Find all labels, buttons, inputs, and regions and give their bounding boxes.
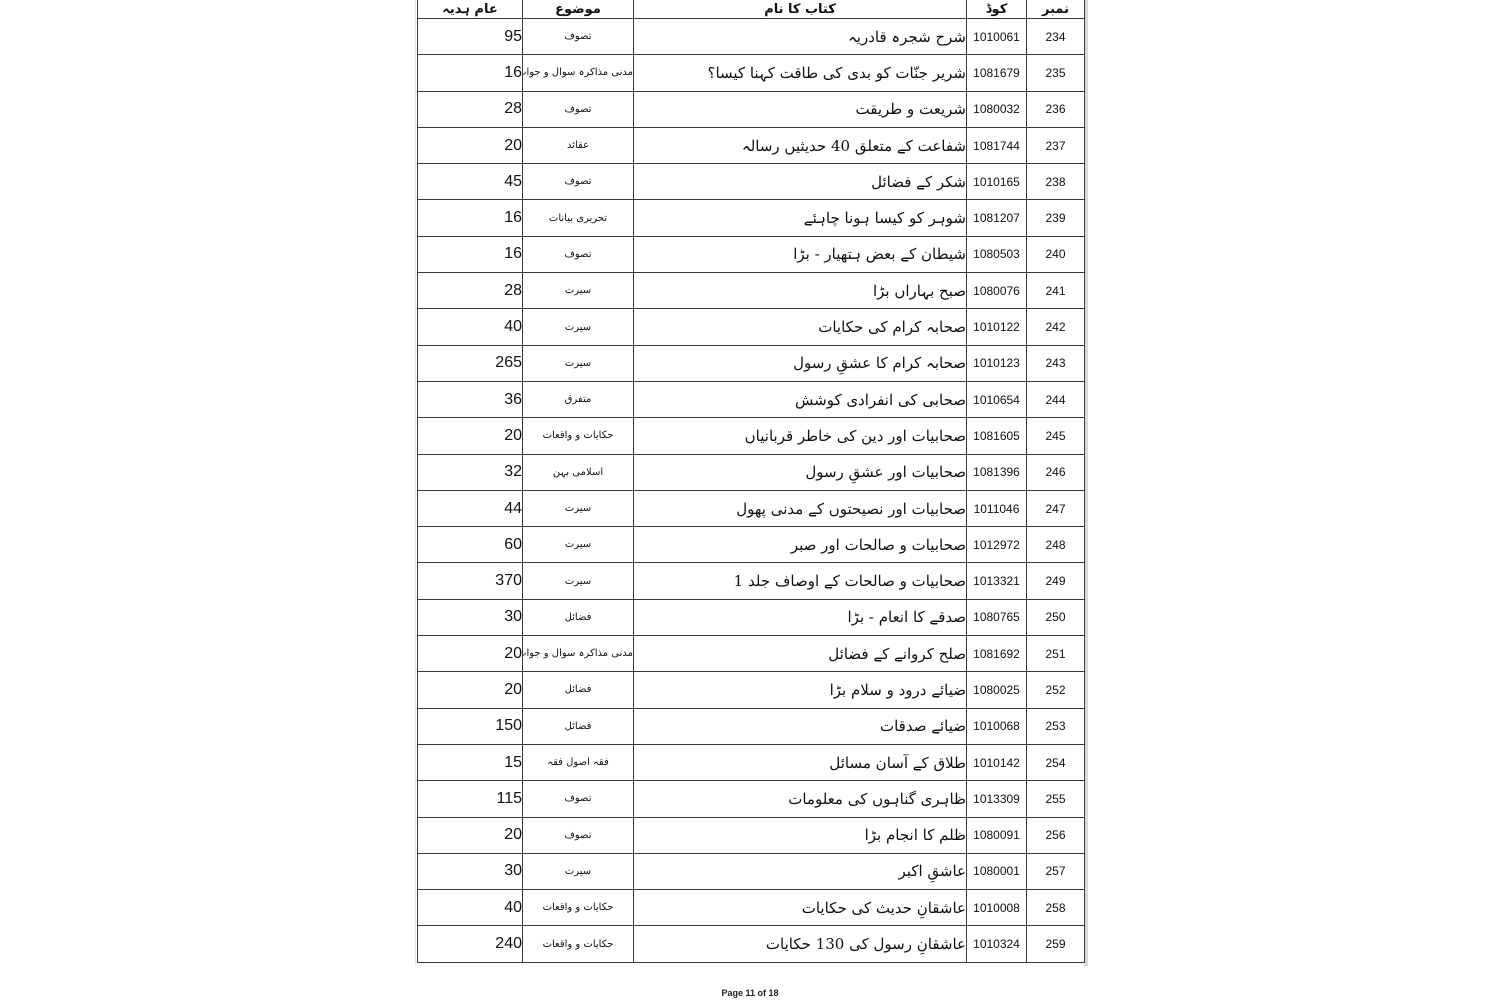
cell-title: ظلم کا انجام بڑا — [634, 817, 967, 853]
cell-number: 234 — [1027, 19, 1085, 55]
table-row: 20عقائدشفاعت کے متعلق 40 حدیثیں رسالہ108… — [418, 127, 1085, 163]
cell-title: صحابیات و صالحات کے اوصاف جلد 1 — [634, 563, 967, 599]
cell-title: صبح بہاراں بڑا — [634, 273, 967, 309]
cell-topic: تصوف — [523, 781, 634, 817]
cell-title: صلح کروانے کے فضائل — [634, 636, 967, 672]
cell-title: عاشقانِ رسول کی 130 حکایات — [634, 926, 967, 962]
cell-price: 20 — [418, 672, 523, 708]
cell-price: 16 — [418, 236, 523, 272]
table-row: 95تصوفشرح شجرہ قادریہ1010061234 — [418, 19, 1085, 55]
table-row: 28تصوفشریعت و طریقت1080032236 — [418, 91, 1085, 127]
cell-number: 241 — [1027, 273, 1085, 309]
cell-topic: سیرت — [523, 273, 634, 309]
cell-number: 240 — [1027, 236, 1085, 272]
cell-topic: تصوف — [523, 236, 634, 272]
cell-number: 239 — [1027, 200, 1085, 236]
table-row: 40حکایات و واقعاتعاشقانِ حدیث کی حکایات1… — [418, 890, 1085, 926]
cell-topic: سیرت — [523, 309, 634, 345]
table-row: 240حکایات و واقعاتعاشقانِ رسول کی 130 حک… — [418, 926, 1085, 962]
header-number: نمبر — [1027, 0, 1085, 19]
cell-code: 1010008 — [967, 890, 1027, 926]
cell-title: صحابیات اور دین کی خاطر قربانیاں — [634, 418, 967, 454]
cell-topic: فضائل — [523, 672, 634, 708]
cell-topic: حکایات و واقعات — [523, 418, 634, 454]
table-row: 36متفرقصحابی کی انفرادی کوشش1010654244 — [418, 381, 1085, 417]
cell-number: 249 — [1027, 563, 1085, 599]
table-body: 95تصوفشرح شجرہ قادریہ101006123416مدنی مذ… — [418, 19, 1085, 963]
cell-title: ضیائے صدقات — [634, 708, 967, 744]
cell-title: شریر جنّات کو بدی کی طاقت کہنا کیسا؟ — [634, 55, 967, 91]
table-row: 16تحریری بیاناتشوہر کو کیسا ہونا چاہئے10… — [418, 200, 1085, 236]
cell-price: 30 — [418, 853, 523, 889]
cell-number: 259 — [1027, 926, 1085, 962]
cell-topic: اسلامی بہن — [523, 454, 634, 490]
cell-price: 240 — [418, 926, 523, 962]
cell-number: 256 — [1027, 817, 1085, 853]
cell-code: 1081744 — [967, 127, 1027, 163]
cell-code: 1080001 — [967, 853, 1027, 889]
table-row: 40سیرتصحابہ کرام کی حکایات1010122242 — [418, 309, 1085, 345]
cell-number: 238 — [1027, 164, 1085, 200]
cell-number: 252 — [1027, 672, 1085, 708]
table-row: 150فضائلضیائے صدقات1010068253 — [418, 708, 1085, 744]
cell-code: 1080503 — [967, 236, 1027, 272]
header-topic: موضوع — [523, 0, 634, 19]
cell-number: 236 — [1027, 91, 1085, 127]
cell-number: 248 — [1027, 527, 1085, 563]
cell-code: 1081605 — [967, 418, 1027, 454]
header-price: عام ہدیہ — [418, 0, 523, 19]
header-title: کتاب کا نام — [634, 0, 967, 19]
cell-price: 265 — [418, 345, 523, 381]
cell-code: 1013309 — [967, 781, 1027, 817]
table-row: 28سیرتصبح بہاراں بڑا1080076241 — [418, 273, 1085, 309]
cell-number: 245 — [1027, 418, 1085, 454]
cell-number: 255 — [1027, 781, 1085, 817]
cell-price: 60 — [418, 527, 523, 563]
cell-code: 1011046 — [967, 490, 1027, 526]
cell-number: 242 — [1027, 309, 1085, 345]
cell-price: 44 — [418, 490, 523, 526]
cell-title: صدقے کا انعام - بڑا — [634, 599, 967, 635]
cell-number: 254 — [1027, 744, 1085, 780]
table-row: 30سیرتعاشقِ اکبر1080001257 — [418, 853, 1085, 889]
cell-title: شیطان کے بعض ہتھیار - بڑا — [634, 236, 967, 272]
cell-topic: سیرت — [523, 853, 634, 889]
cell-number: 251 — [1027, 636, 1085, 672]
cell-number: 258 — [1027, 890, 1085, 926]
cell-code: 1080091 — [967, 817, 1027, 853]
cell-topic: فقہ اصول فقہ — [523, 744, 634, 780]
cell-topic: حکایات و واقعات — [523, 926, 634, 962]
cell-code: 1081207 — [967, 200, 1027, 236]
cell-topic: مدنی مذاکرہ سوال و جواب — [523, 55, 634, 91]
cell-title: صحابہ کرام کی حکایات — [634, 309, 967, 345]
cell-title: صحابیات اور نصیحتوں کے مدنی پھول — [634, 490, 967, 526]
cell-number: 243 — [1027, 345, 1085, 381]
cell-title: عاشقِ اکبر — [634, 853, 967, 889]
table-row: 115تصوفظاہری گناہوں کی معلومات1013309255 — [418, 781, 1085, 817]
cell-title: شوہر کو کیسا ہونا چاہئے — [634, 200, 967, 236]
cell-title: صحابہ کرام کا عشقِ رسول — [634, 345, 967, 381]
cell-price: 150 — [418, 708, 523, 744]
cell-number: 235 — [1027, 55, 1085, 91]
cell-code: 1081679 — [967, 55, 1027, 91]
cell-title: طلاق کے آسان مسائل — [634, 744, 967, 780]
table-row: 20فضائلضیائے درود و سلام بڑا1080025252 — [418, 672, 1085, 708]
cell-price: 20 — [418, 418, 523, 454]
cell-title: صحابیات اور عشقِ رسول — [634, 454, 967, 490]
cell-topic: عقائد — [523, 127, 634, 163]
cell-topic: تحریری بیانات — [523, 200, 634, 236]
table-row: 32اسلامی بہنصحابیات اور عشقِ رسول1081396… — [418, 454, 1085, 490]
cell-title: صحابیات و صالحات اور صبر — [634, 527, 967, 563]
cell-price: 20 — [418, 636, 523, 672]
cell-title: شریعت و طریقت — [634, 91, 967, 127]
cell-code: 1081396 — [967, 454, 1027, 490]
cell-code: 1010142 — [967, 744, 1027, 780]
table-row: 30فضائلصدقے کا انعام - بڑا1080765250 — [418, 599, 1085, 635]
cell-number: 250 — [1027, 599, 1085, 635]
cell-number: 253 — [1027, 708, 1085, 744]
cell-price: 95 — [418, 19, 523, 55]
cell-title: ضیائے درود و سلام بڑا — [634, 672, 967, 708]
cell-code: 1012972 — [967, 527, 1027, 563]
cell-topic: متفرق — [523, 381, 634, 417]
cell-code: 1010122 — [967, 309, 1027, 345]
cell-code: 1080076 — [967, 273, 1027, 309]
cell-topic: سیرت — [523, 490, 634, 526]
cell-price: 28 — [418, 273, 523, 309]
table-row: 45تصوفشکر کے فضائل1010165238 — [418, 164, 1085, 200]
cell-topic: تصوف — [523, 19, 634, 55]
cell-number: 237 — [1027, 127, 1085, 163]
cell-price: 32 — [418, 454, 523, 490]
table-row: 60سیرتصحابیات و صالحات اور صبر1012972248 — [418, 527, 1085, 563]
cell-title: شکر کے فضائل — [634, 164, 967, 200]
cell-code: 1010324 — [967, 926, 1027, 962]
cell-code: 1010123 — [967, 345, 1027, 381]
book-list-table: عام ہدیہ موضوع کتاب کا نام کوڈ نمبر 95تص… — [417, 0, 1085, 963]
cell-topic: تصوف — [523, 817, 634, 853]
cell-number: 246 — [1027, 454, 1085, 490]
cell-code: 1013321 — [967, 563, 1027, 599]
cell-topic: فضائل — [523, 599, 634, 635]
cell-price: 36 — [418, 381, 523, 417]
cell-code: 1081692 — [967, 636, 1027, 672]
cell-topic: سیرت — [523, 563, 634, 599]
cell-topic: سیرت — [523, 527, 634, 563]
table-row: 20تصوفظلم کا انجام بڑا1080091256 — [418, 817, 1085, 853]
cell-code: 1080025 — [967, 672, 1027, 708]
cell-number: 247 — [1027, 490, 1085, 526]
cell-topic: حکایات و واقعات — [523, 890, 634, 926]
cell-number: 244 — [1027, 381, 1085, 417]
table-row: 20مدنی مذاکرہ سوال و جوابصلح کروانے کے ف… — [418, 636, 1085, 672]
cell-price: 16 — [418, 200, 523, 236]
cell-price: 40 — [418, 309, 523, 345]
cell-topic: مدنی مذاکرہ سوال و جواب — [523, 636, 634, 672]
table-row: 16مدنی مذاکرہ سوال و جوابشریر جنّات کو ب… — [418, 55, 1085, 91]
cell-price: 20 — [418, 817, 523, 853]
table-row: 370سیرتصحابیات و صالحات کے اوصاف جلد 110… — [418, 563, 1085, 599]
table-header-row: عام ہدیہ موضوع کتاب کا نام کوڈ نمبر — [418, 0, 1085, 19]
cell-price: 45 — [418, 164, 523, 200]
cell-title: صحابی کی انفرادی کوشش — [634, 381, 967, 417]
cell-title: شرح شجرہ قادریہ — [634, 19, 967, 55]
cell-price: 370 — [418, 563, 523, 599]
cell-code: 1010654 — [967, 381, 1027, 417]
table-row: 20حکایات و واقعاتصحابیات اور دین کی خاطر… — [418, 418, 1085, 454]
cell-code: 1080032 — [967, 91, 1027, 127]
cell-price: 40 — [418, 890, 523, 926]
table-row: 44سیرتصحابیات اور نصیحتوں کے مدنی پھول10… — [418, 490, 1085, 526]
cell-title: شفاعت کے متعلق 40 حدیثیں رسالہ — [634, 127, 967, 163]
cell-topic: فضائل — [523, 708, 634, 744]
cell-number: 257 — [1027, 853, 1085, 889]
table-row: 265سیرتصحابہ کرام کا عشقِ رسول1010123243 — [418, 345, 1085, 381]
cell-title: ظاہری گناہوں کی معلومات — [634, 781, 967, 817]
cell-price: 115 — [418, 781, 523, 817]
cell-title: عاشقانِ حدیث کی حکایات — [634, 890, 967, 926]
cell-code: 1010061 — [967, 19, 1027, 55]
table-row: 16تصوفشیطان کے بعض ہتھیار - بڑا108050324… — [418, 236, 1085, 272]
table-row: 15فقہ اصول فقہطلاق کے آسان مسائل10101422… — [418, 744, 1085, 780]
cell-topic: سیرت — [523, 345, 634, 381]
cell-price: 20 — [418, 127, 523, 163]
cell-code: 1080765 — [967, 599, 1027, 635]
cell-topic: تصوف — [523, 164, 634, 200]
cell-code: 1010165 — [967, 164, 1027, 200]
page-number-footer: Page 11 of 18 — [0, 988, 1500, 998]
cell-price: 15 — [418, 744, 523, 780]
page-edge-left — [415, 0, 416, 966]
cell-topic: تصوف — [523, 91, 634, 127]
cell-code: 1010068 — [967, 708, 1027, 744]
header-code: کوڈ — [967, 0, 1027, 19]
cell-price: 28 — [418, 91, 523, 127]
cell-price: 30 — [418, 599, 523, 635]
cell-price: 16 — [418, 55, 523, 91]
